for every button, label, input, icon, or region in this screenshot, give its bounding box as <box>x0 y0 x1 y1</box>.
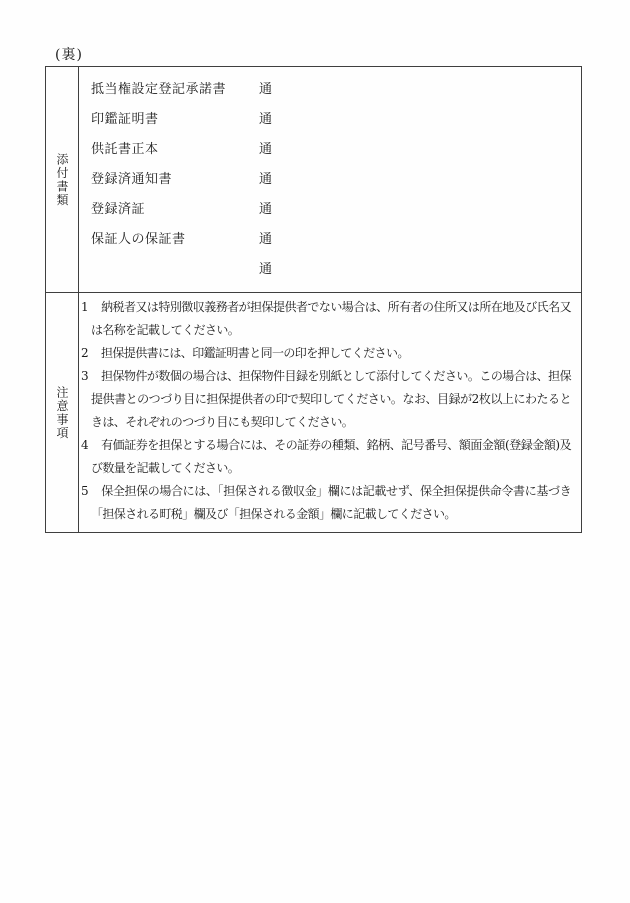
attachment-unit: 通 <box>259 78 273 97</box>
note-item: 3担保物件が数個の場合は、担保物件目録を別紙として添付してください。この場合は、… <box>81 365 571 434</box>
note-item: 2担保提供書には、印鑑証明書と同一の印を押してください。 <box>81 342 571 365</box>
notes-section: 注意事項 1納税者又は特別徴収義務者が担保提供者でない場合は、所有者の住所又は所… <box>46 293 581 532</box>
attachment-item: 供託書正本 通 <box>91 132 581 162</box>
note-item: 5保全担保の場合には、「担保される徴収金」欄には記載せず、保全担保提供命令書に基… <box>81 480 571 526</box>
attachment-unit: 通 <box>259 228 273 247</box>
attachments-header-label: 添付書類 <box>56 153 68 207</box>
attachment-label: 登録済通知書 <box>91 168 259 187</box>
attachment-item: 通 <box>91 252 581 282</box>
attachment-item: 保証人の保証書 通 <box>91 222 581 252</box>
form-table: 添付書類 抵当権設定登記承諾書 通 印鑑証明書 通 供託書正本 通 登録済通知書… <box>45 66 582 533</box>
notes-list: 1納税者又は特別徴収義務者が担保提供者でない場合は、所有者の住所又は所在地及び氏… <box>79 293 581 532</box>
note-item: 4有価証券を担保とする場合には、その証券の種類、銘柄、記号番号、額面金額(登録金… <box>81 434 571 480</box>
notes-header-label: 注意事項 <box>56 386 68 440</box>
document-page: (裏) 添付書類 抵当権設定登記承諾書 通 印鑑証明書 通 供託書正本 通 <box>0 0 630 903</box>
note-text: 納税者又は特別徴収義務者が担保提供者でない場合は、所有者の住所又は所在地及び氏名… <box>91 300 571 337</box>
attachment-label: 保証人の保証書 <box>91 228 259 247</box>
notes-header-cell: 注意事項 <box>46 293 79 532</box>
attachment-label: 登録済証 <box>91 198 259 217</box>
attachment-unit: 通 <box>259 258 273 277</box>
attachment-unit: 通 <box>259 198 273 217</box>
note-item: 1納税者又は特別徴収義務者が担保提供者でない場合は、所有者の住所又は所在地及び氏… <box>81 296 571 342</box>
note-text: 保全担保の場合には、「担保される徴収金」欄には記載せず、保全担保提供命令書に基づ… <box>91 484 571 521</box>
note-text: 担保提供書には、印鑑証明書と同一の印を押してください。 <box>101 346 409 360</box>
page-side-label: (裏) <box>55 44 83 64</box>
attachment-unit: 通 <box>259 108 273 127</box>
attachment-label: 供託書正本 <box>91 138 259 157</box>
note-number: 1 <box>81 296 101 319</box>
attachment-item: 登録済証 通 <box>91 192 581 222</box>
attachment-label: 印鑑証明書 <box>91 108 259 127</box>
note-number: 4 <box>81 434 101 457</box>
attachment-unit: 通 <box>259 168 273 187</box>
note-text: 有価証券を担保とする場合には、その証券の種類、銘柄、記号番号、額面金額(登録金額… <box>91 438 571 475</box>
attachment-item: 抵当権設定登記承諾書 通 <box>91 72 581 102</box>
note-number: 5 <box>81 480 101 503</box>
attachment-item: 登録済通知書 通 <box>91 162 581 192</box>
attachment-item: 印鑑証明書 通 <box>91 102 581 132</box>
attachments-header-cell: 添付書類 <box>46 67 79 292</box>
note-number: 3 <box>81 365 101 388</box>
attachments-section: 添付書類 抵当権設定登記承諾書 通 印鑑証明書 通 供託書正本 通 登録済通知書… <box>46 67 581 293</box>
note-text: 担保物件が数個の場合は、担保物件目録を別紙として添付してください。この場合は、担… <box>91 369 571 429</box>
attachment-label: 抵当権設定登記承諾書 <box>91 78 259 97</box>
attachments-list: 抵当権設定登記承諾書 通 印鑑証明書 通 供託書正本 通 登録済通知書 通 登録… <box>79 67 581 292</box>
attachment-unit: 通 <box>259 138 273 157</box>
note-number: 2 <box>81 342 101 365</box>
